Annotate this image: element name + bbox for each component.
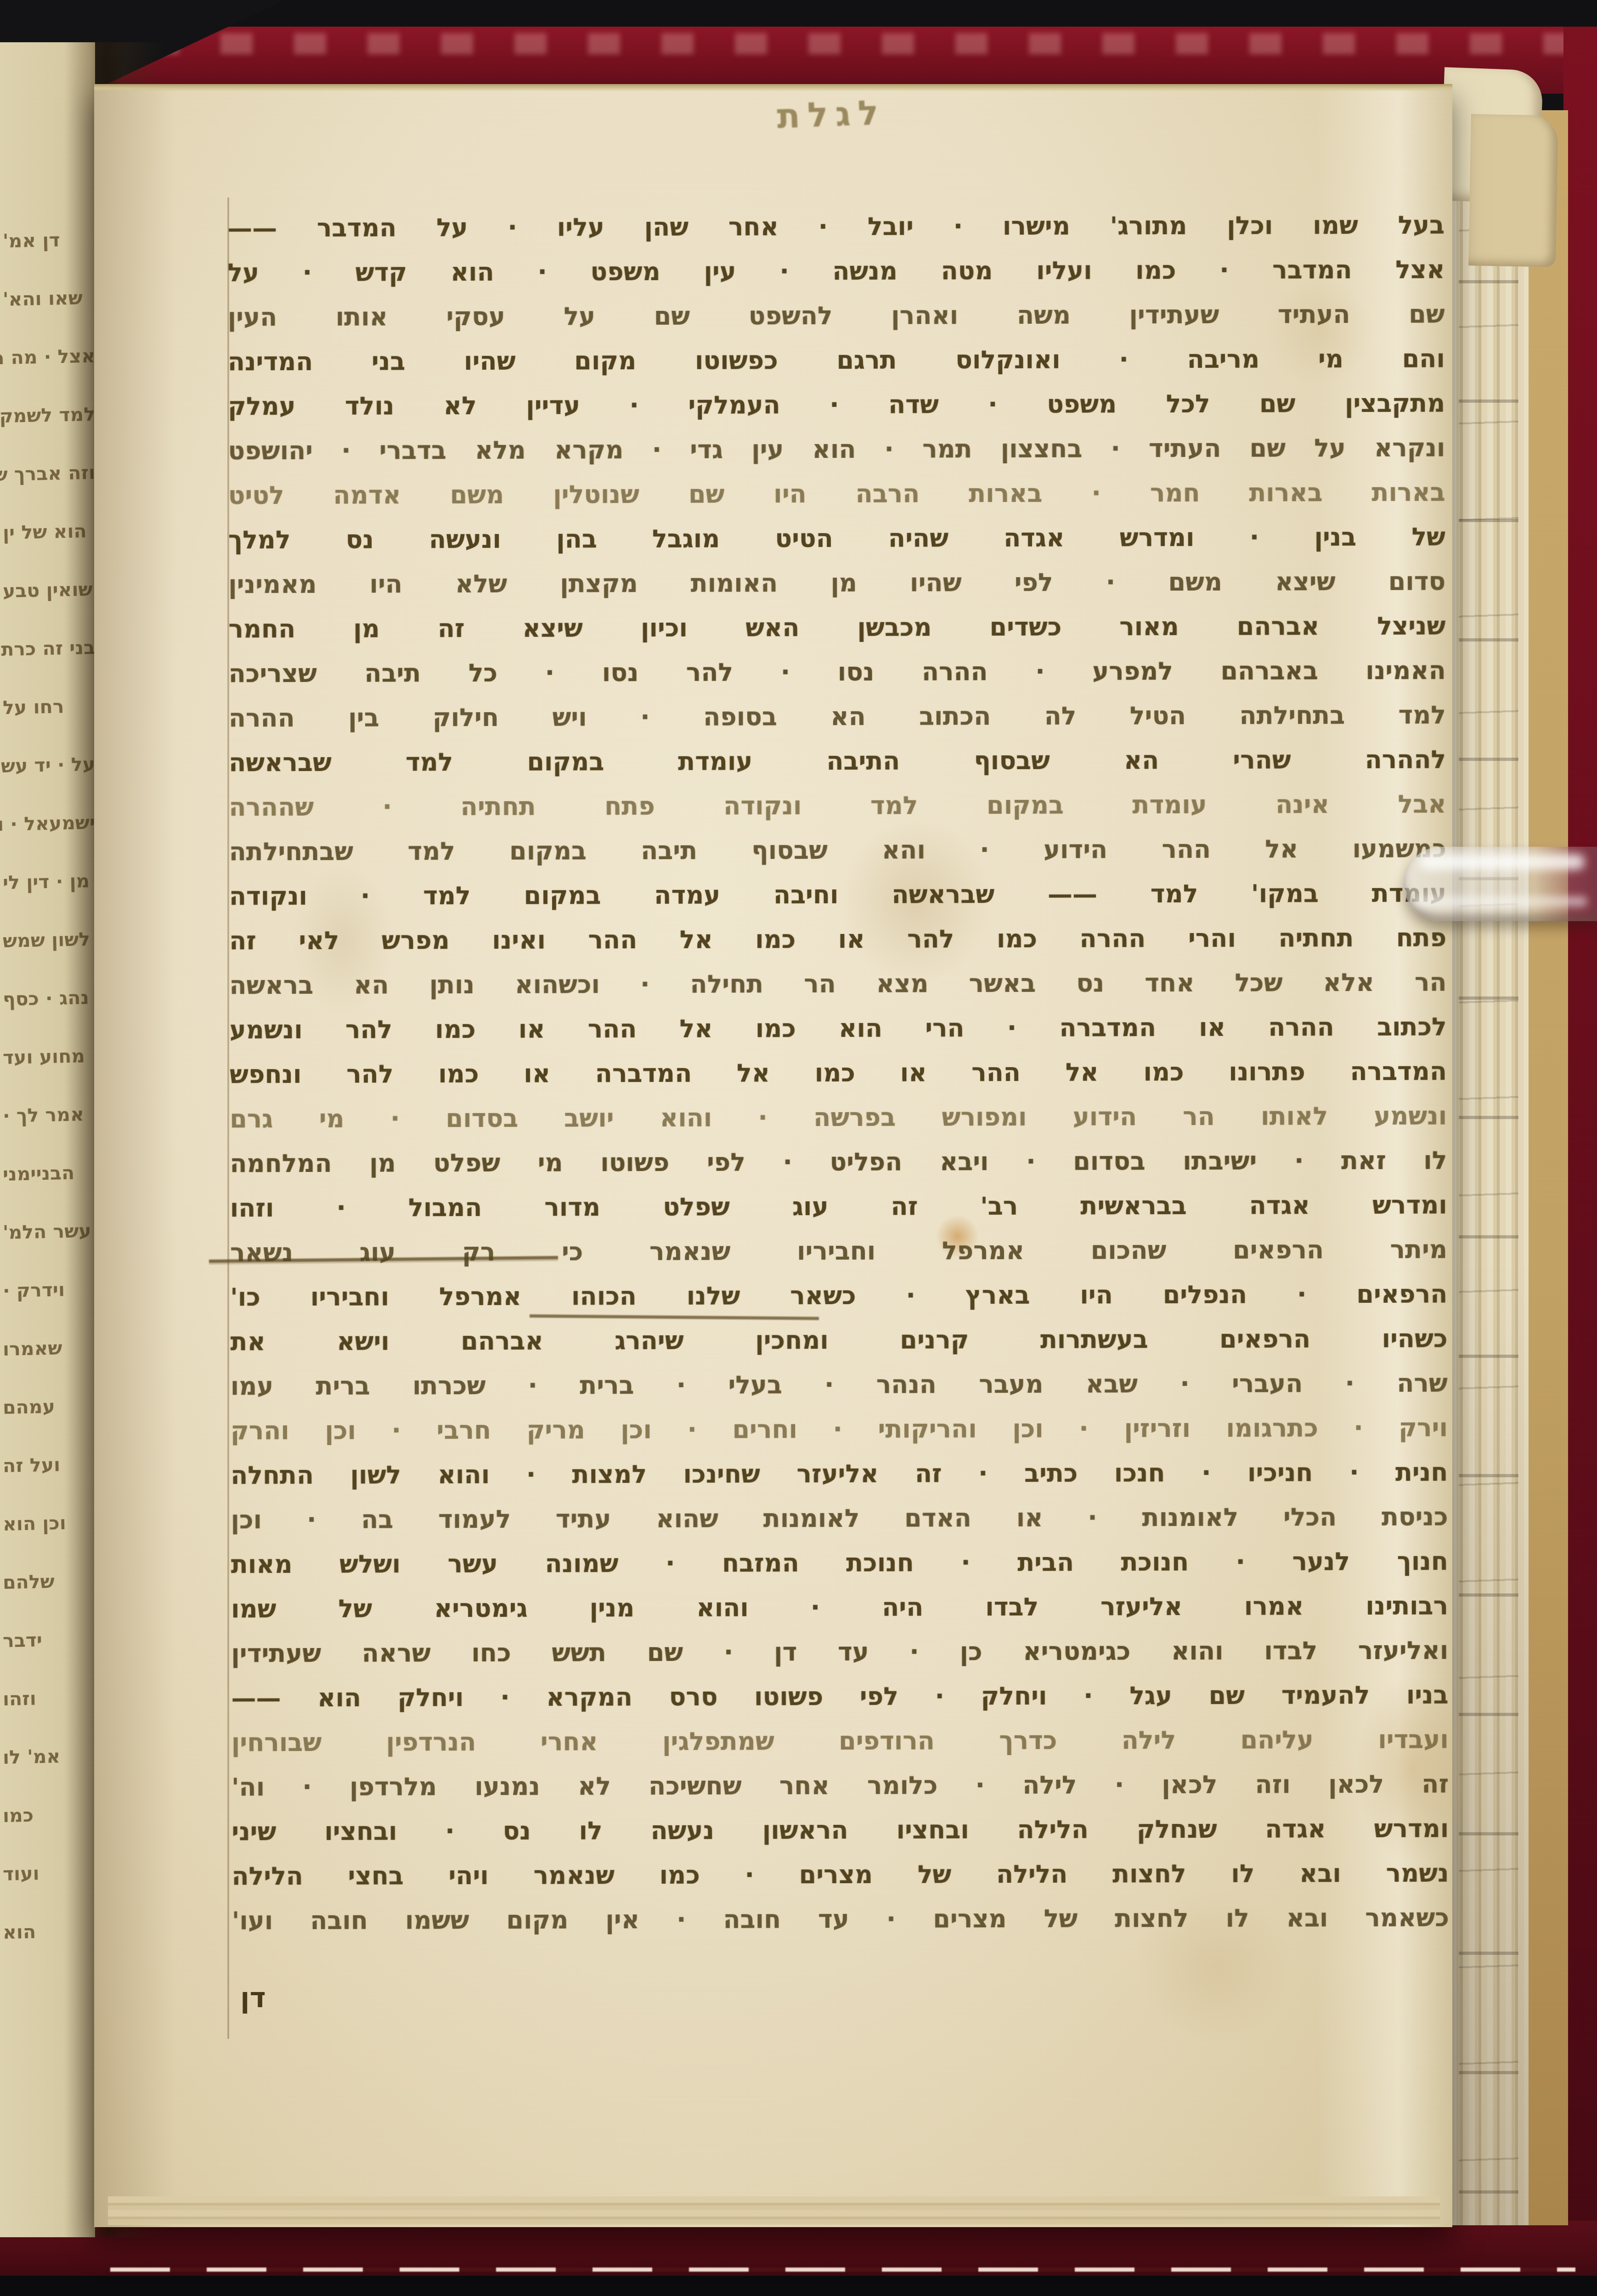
page-bottom-edge-stack bbox=[108, 2196, 1440, 2225]
text-line-with-dash: בניו להעמיד שם עגל · ויחלק · לפי פשוטו ס… bbox=[231, 1673, 1448, 1721]
text-line: של בנין · ומדרש אגדה שהיה הטיט מוגבל בהן… bbox=[228, 515, 1445, 563]
text-line: פתח תחתיה והרי ההרה כמו להר או כמו אל הה… bbox=[229, 916, 1446, 963]
leather-bottom-highlight-line bbox=[110, 2268, 1575, 2272]
text-line: אבל אינה עומדת במקום למד ונקודה פתח תחתי… bbox=[229, 782, 1446, 830]
text-line: למד בתחילתה הטיל לה הכתוב הא בסופה · ויש… bbox=[229, 693, 1446, 741]
text-line: מתקבצין שם לכל משפט · שדה · העמלקי · עדי… bbox=[228, 381, 1445, 429]
text-line: וירק · כתרגומו וזריזין · וכן והריקותי · … bbox=[231, 1406, 1448, 1453]
text-line: רבותינו אמרו אליעזר לבדו היה · והוא מנין… bbox=[231, 1584, 1448, 1632]
rod-highlight-lower bbox=[1413, 896, 1587, 906]
top-margin-inscription: לגלת bbox=[734, 84, 929, 146]
text-line-overlined: הרפאים · הנפלים היו בארץ · כשאר שלנו הכו… bbox=[230, 1272, 1447, 1320]
binding-leather-right-board bbox=[1563, 25, 1597, 2277]
manuscript-page: לגלת בעל שמו וכלן מתורג' מישרו · יובל · … bbox=[94, 84, 1452, 2227]
fore-edge-foxing-flecks bbox=[1459, 92, 1518, 2195]
text-line-overlined: כשהיו הרפאים בעשתרות קרנים ומחכין שיהרג … bbox=[230, 1317, 1447, 1364]
binding-leather-top-band bbox=[0, 25, 1597, 94]
manuscript-photo-scene: דן אמ' שאו והא' אצל · מה ר' למד לשמק וזה… bbox=[0, 0, 1597, 2296]
text-line: הר אלא שכל אחד נס באשר מצא הר תחילה · וכ… bbox=[229, 960, 1446, 1008]
text-line: כמשמעו אל ההר הידוע · והא שבסוף תיבה במק… bbox=[229, 827, 1446, 874]
text-line: חנוך לנער · חנוכת הבית · חנוכת המזבח · ש… bbox=[231, 1539, 1448, 1587]
text-line: כניסת הכלי לאומנות · או האדם לאומנות שהו… bbox=[231, 1495, 1448, 1542]
text-line: בעל שמו וכלן מתורג' מישרו · יובל · אחר ש… bbox=[227, 203, 1445, 251]
text-line: שם העתיד שעתידין משה ואהרן להשפט שם על ע… bbox=[228, 292, 1445, 340]
text-line: חנית · חניכיו · חנכו כתיב · זה אליעזר שח… bbox=[231, 1450, 1448, 1498]
text-line: המדברה פתרונו כמו אל ההר או כמו אל המדבר… bbox=[230, 1049, 1447, 1097]
backdrop-bottom bbox=[0, 2276, 1597, 2296]
text-line: בארות בארות חמר · בארות הרבה היו שם שנוט… bbox=[228, 470, 1445, 518]
rod-highlight bbox=[1419, 854, 1585, 870]
board-lining-strip bbox=[1526, 110, 1568, 2225]
text-line: לכתוב ההרה או המדברה · הרי הוא כמו אל הה… bbox=[230, 1005, 1447, 1052]
text-line: נשמר ובא לו לחצות הלילה של מצרים · כמו ש… bbox=[231, 1851, 1449, 1899]
text-line: אצל המדבר · כמו ועליו מטה מנשה · עין משפ… bbox=[227, 248, 1445, 295]
text-line: כשאמר ובא לו לחצות של מצרים · עד חובה · … bbox=[232, 1896, 1449, 1943]
text-line: לו זאת · ישיבתו בסדום · ויבא הפליט · לפי… bbox=[230, 1138, 1447, 1186]
text-line: ואליעזר לבדו והוא כגימטריא כן · עד דן · … bbox=[231, 1628, 1448, 1676]
text-line: זה לכאן וזה לכאן · לילה · כלומר אחר שחשי… bbox=[231, 1762, 1449, 1810]
text-line: האמינו באברהם למפרע · ההרה נסו · להר נסו… bbox=[229, 648, 1446, 696]
curled-leaf-corner-under bbox=[1468, 114, 1558, 267]
text-line: מיתר הרפאים שהכום אמרפל וחביריו שנאמר כי… bbox=[230, 1227, 1447, 1275]
text-line: סדום שיצא משם · לפי שהיו מן האומות מקצתן… bbox=[228, 559, 1445, 607]
glass-page-weight-rod bbox=[1404, 847, 1597, 921]
text-line: ועבדיו עליהם לילה כדרך הרודפים שמתפלגין … bbox=[231, 1717, 1449, 1765]
text-block: בעל שמו וכלן מתורג' מישרו · יובל · אחר ש… bbox=[227, 203, 1449, 1943]
text-line: והם מי מריבה · ואונקלוס תרגם כפשוטו מקום… bbox=[228, 337, 1445, 384]
text-line-with-dash: עומדת במקו' למד —— שבראשה וחיבה עמדה במק… bbox=[229, 871, 1446, 919]
text-line: שרה · העברי · שבא מעבר הנהר · בעלי · ברי… bbox=[231, 1361, 1448, 1409]
text-line: לההרה שהרי הא שבסוף התיבה עומדת במקום למ… bbox=[229, 737, 1446, 785]
text-line: שניצל אברהם מאור כשדים מכבשן האש וכיון ש… bbox=[228, 604, 1445, 652]
text-line: ומדרש אגדה שנחלק הלילה ובחציו הראשון נעש… bbox=[231, 1806, 1449, 1854]
text-line: ונקרא על שם העתיד · בחצצון תמר · הוא עין… bbox=[228, 426, 1445, 473]
leather-sheen-highlight bbox=[0, 33, 1597, 54]
catchword: דן bbox=[240, 1970, 341, 2026]
text-line: ונשמע לאותו הר הידוע ומפורש בפרשה · והוא… bbox=[230, 1094, 1447, 1142]
text-line: ומדרש אגדה בבראשית רב' זה עוג שפלט מדור … bbox=[230, 1183, 1447, 1231]
